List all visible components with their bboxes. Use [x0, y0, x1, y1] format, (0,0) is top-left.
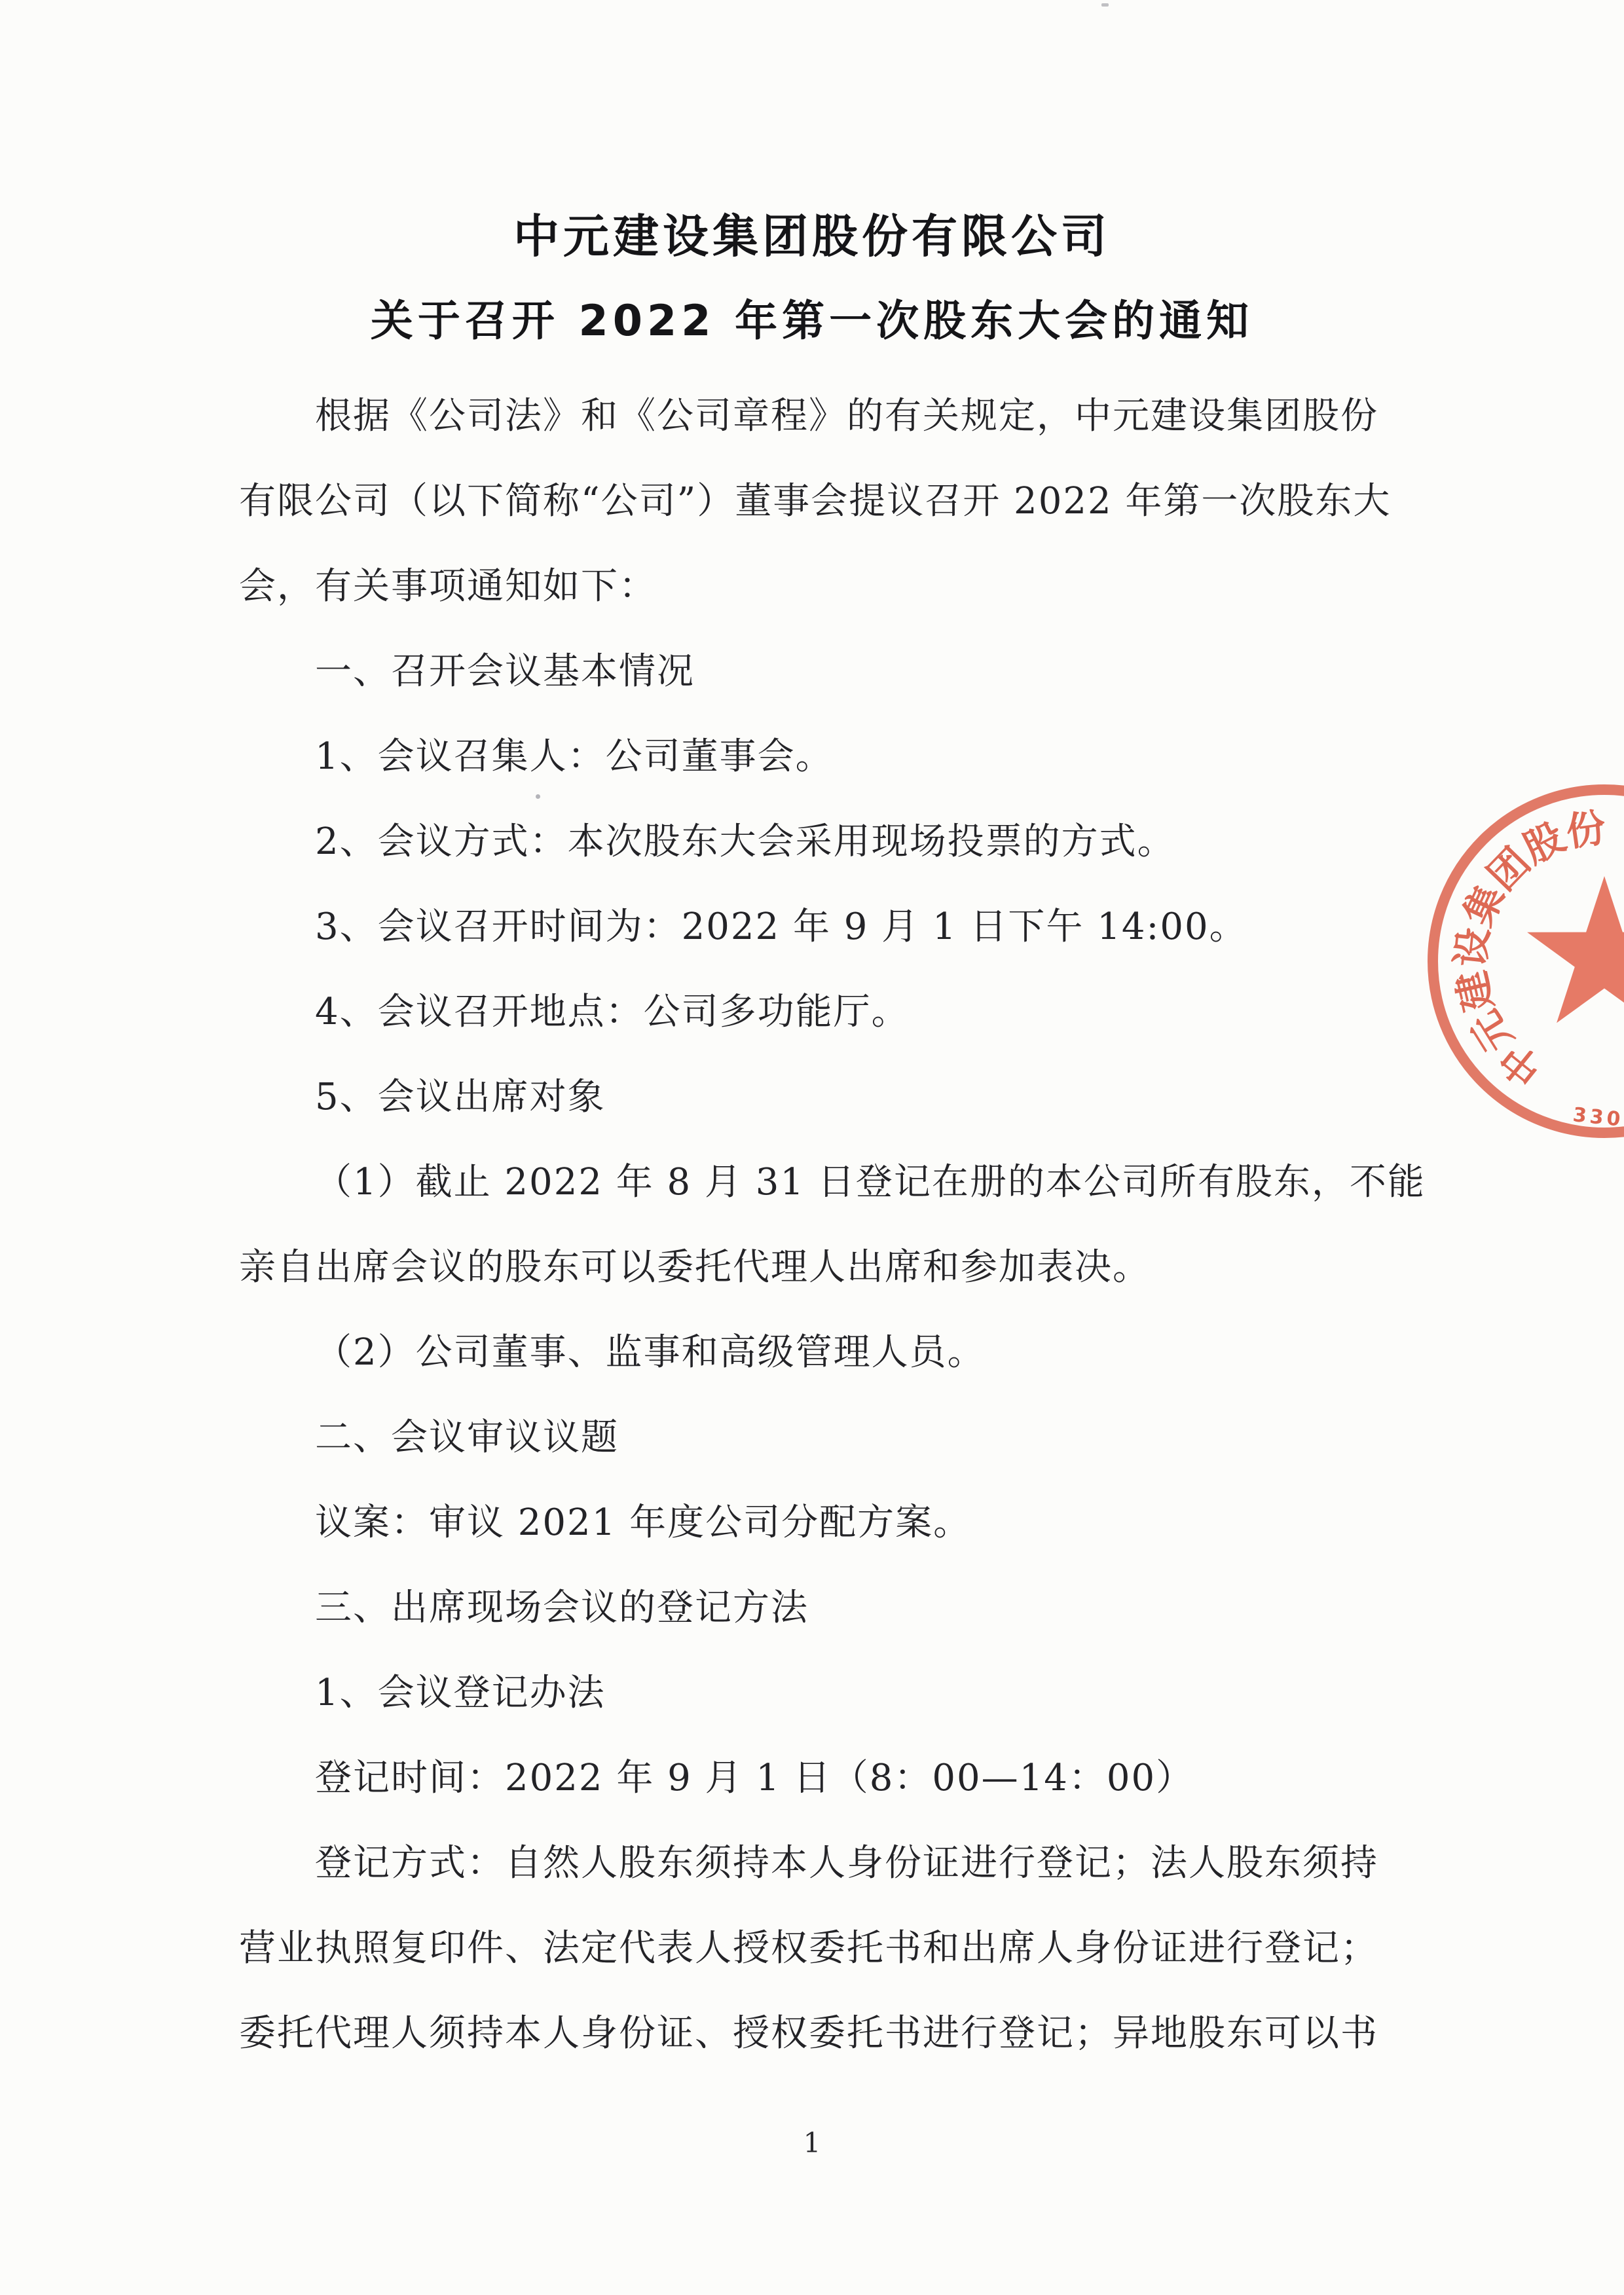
body-line-11: 亲自出席会议的股东可以委托代理人出席和参加表决。 — [239, 1247, 1151, 1289]
company-seal: 中元建设集团股份 330 — [1369, 733, 1624, 1192]
page-number: 1 — [0, 2127, 1624, 2159]
body-line-20: 委托代理人须持本人身份证、授权委托书进行登记；异地股东可以书 — [239, 2013, 1378, 2055]
body-line-12: （2）公司董事、监事和高级管理人员。 — [239, 1332, 986, 1374]
document-page: 中元建设集团股份有限公司 关于召开 2022 年第一次股东大会的通知 根据《公司… — [0, 0, 1624, 2295]
body-line-9: 5、会议出席对象 — [239, 1076, 606, 1118]
body-line-16: 1、会议登记办法 — [239, 1672, 606, 1714]
body-line-4: 一、召开会议基本情况 — [239, 651, 695, 693]
body-line-15: 三、出席现场会议的登记方法 — [239, 1587, 809, 1629]
star-icon — [1527, 876, 1624, 1023]
body-line-18: 登记方式：自然人股东须持本人身份证进行登记；法人股东须持 — [239, 1843, 1378, 1884]
body-line-14: 议案：审议 2021 年度公司分配方案。 — [239, 1502, 971, 1544]
body-line-5: 1、会议召集人：公司董事会。 — [239, 736, 834, 778]
scan-speck — [536, 794, 540, 799]
body-line-3: 会，有关事项通知如下： — [239, 566, 657, 608]
seal-ring-char: 份 — [1563, 805, 1608, 856]
document-title-company: 中元建设集团股份有限公司 — [0, 210, 1624, 263]
body-line-6: 2、会议方式：本次股东大会采用现场投票的方式。 — [239, 821, 1175, 863]
body-line-17: 登记时间：2022 年 9 月 1 日（8：00—14：00） — [239, 1757, 1194, 1799]
body-line-10: （1）截止 2022 年 8 月 31 日登记在册的本公司所有股东，不能 — [239, 1162, 1426, 1203]
body-line-19: 营业执照复印件、法定代表人授权委托书和出席人身份证进行登记； — [239, 1928, 1378, 1970]
scan-speck — [1101, 3, 1109, 7]
document-title-notice: 关于召开 2022 年第一次股东大会的通知 — [0, 295, 1624, 348]
body-line-7: 3、会议召开时间为：2022 年 9 月 1 日下午 14:00。 — [239, 906, 1247, 948]
body-line-1: 根据《公司法》和《公司章程》的有关规定，中元建设集团股份 — [239, 395, 1378, 437]
body-line-2: 有限公司（以下简称“公司”）董事会提议召开 2022 年第一次股东大 — [239, 481, 1391, 523]
body-line-8: 4、会议召开地点：公司多功能厅。 — [239, 991, 910, 1033]
seal-ring-char: 设 — [1448, 925, 1498, 969]
body-line-13: 二、会议审议议题 — [239, 1417, 619, 1459]
